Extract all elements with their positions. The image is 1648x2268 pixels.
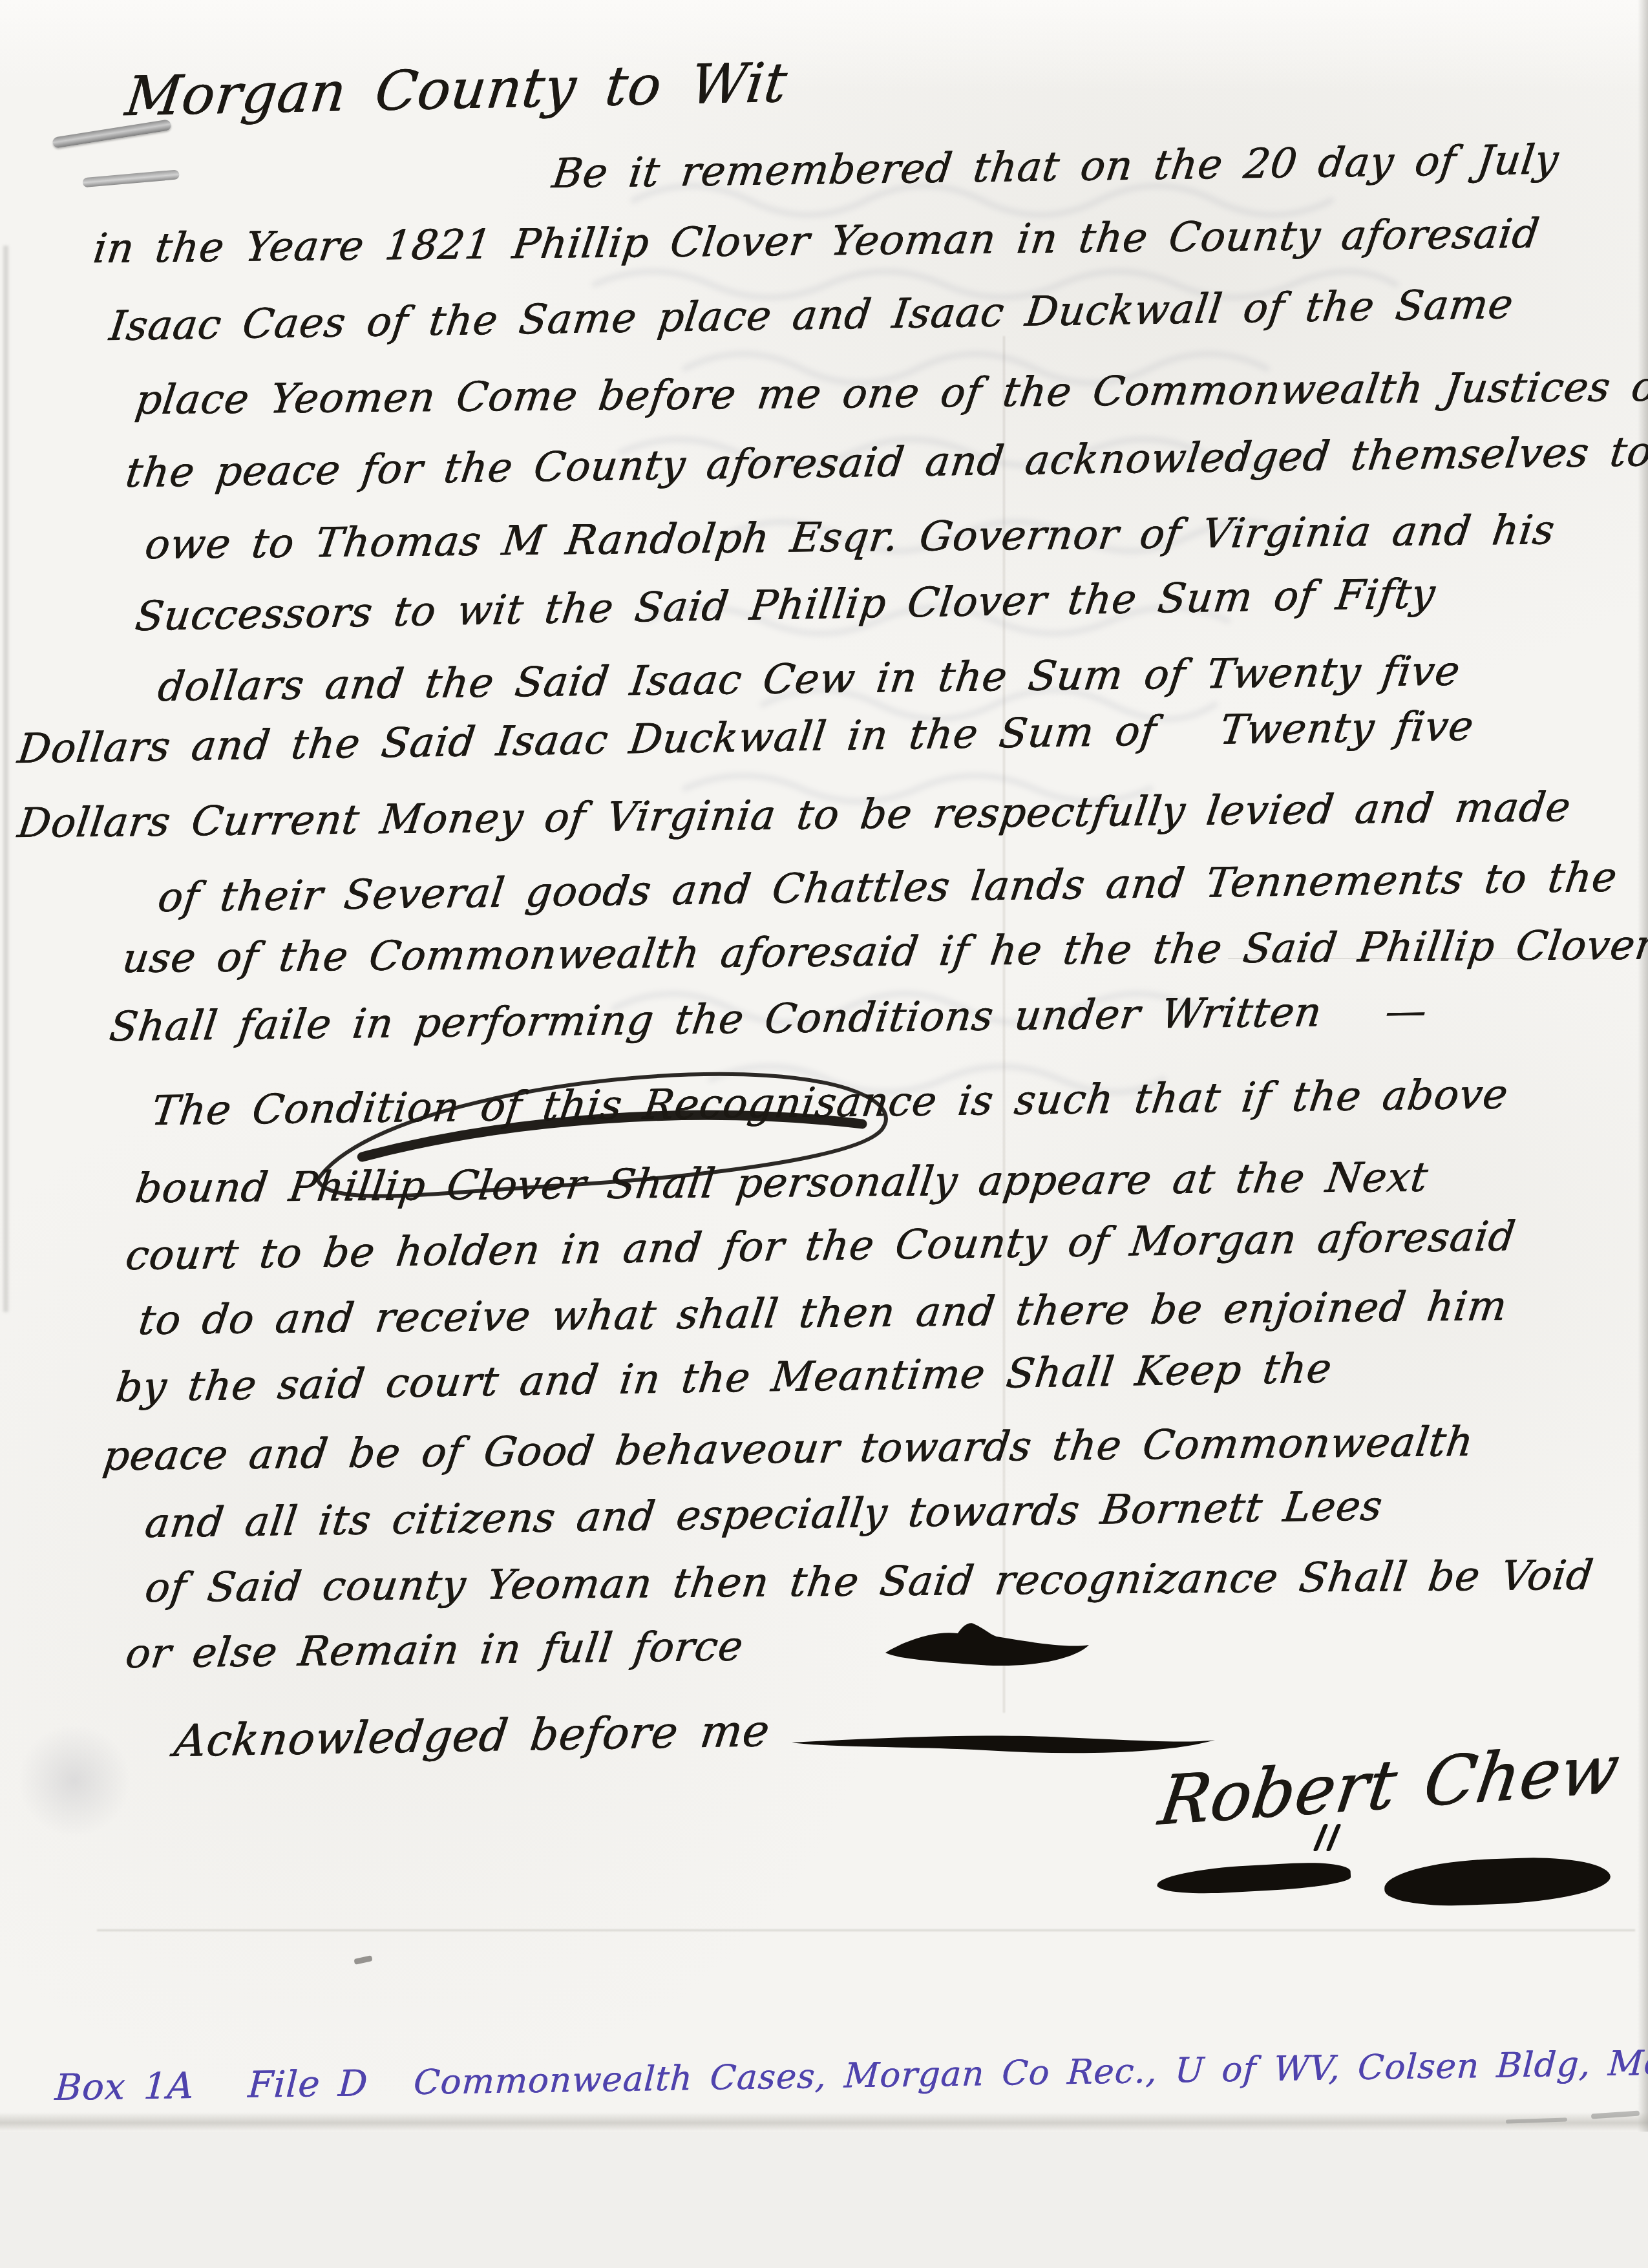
stray-mark	[1591, 2110, 1640, 2119]
stray-mark	[1506, 2117, 1567, 2123]
manuscript-line: and all its citizens and especially towa…	[142, 1482, 1385, 1547]
left-edge-shadow	[3, 246, 8, 1312]
stain-mark	[19, 1719, 129, 1842]
document-heading: Morgan County to Wit	[122, 50, 790, 128]
fold-crease-horizontal	[97, 1929, 1635, 1931]
manuscript-line: or else Remain in full force	[123, 1622, 746, 1677]
acknowledgment-line: Acknowledged before me	[171, 1706, 772, 1767]
right-edge-shadow	[1638, 0, 1648, 2268]
archival-note-citation: Commonwealth Cases, Morgan Co Rec., U of…	[412, 2039, 1648, 2103]
manuscript-line: peace and be of Good behaveour towards t…	[100, 1418, 1476, 1479]
signature: Robert Chew	[1154, 1729, 1624, 1841]
manuscript-line: of Said county Yeoman then the Said reco…	[142, 1551, 1596, 1611]
staple-mark	[52, 116, 197, 211]
bottom-paper-tone	[0, 2132, 1648, 2268]
signature-quote-stroke	[1318, 1824, 1344, 1854]
ink-blot-flourish	[885, 1619, 1099, 1680]
document-page: Morgan County to Wit Be it remembered th…	[0, 0, 1648, 2268]
signature-ink-blot	[1156, 1860, 1351, 1896]
stray-mark	[354, 1955, 372, 1965]
manuscript-line: by the said court and in the Meantime Sh…	[113, 1344, 1335, 1411]
signature-ink-blot	[1384, 1855, 1611, 1908]
manuscript-line: to do and receive what shall then and th…	[136, 1282, 1510, 1344]
bottom-edge-band	[0, 2112, 1648, 2132]
staple-bar-bottom	[82, 169, 180, 187]
ink-dash-acknowledgment	[792, 1731, 1225, 1766]
archival-note-box-file: Box 1A File D	[54, 2062, 369, 2109]
